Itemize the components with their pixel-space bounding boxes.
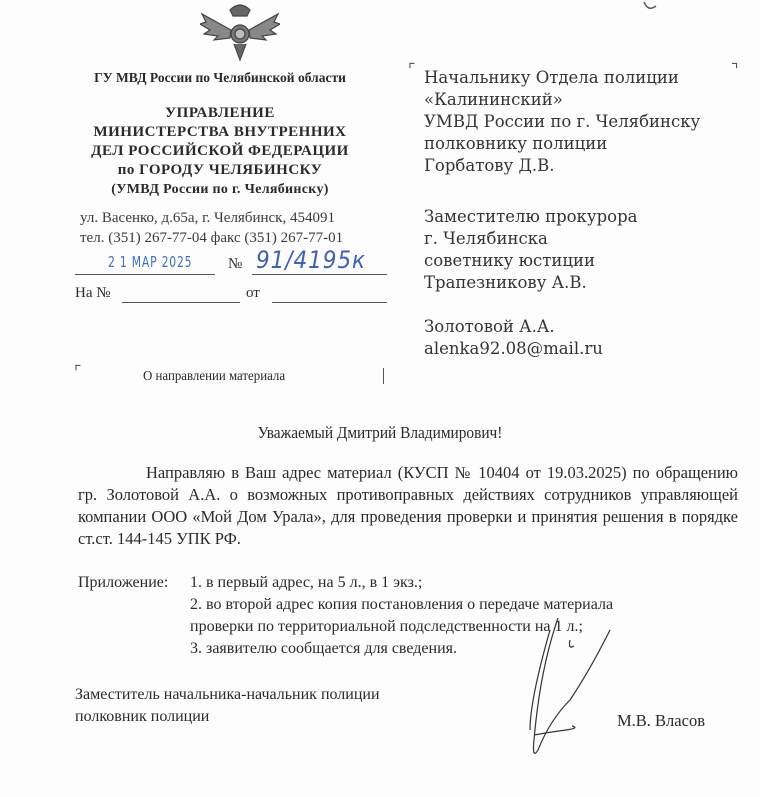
recipient-line: УМВД России по г. Челябинску [424, 111, 700, 133]
date-underline [75, 274, 215, 275]
recipient-line: г. Челябинска [424, 228, 637, 250]
reply-number-line [122, 302, 240, 303]
sender-phone-fax: тел. (351) 267-77-04 факс (351) 267-77-0… [80, 228, 343, 248]
recipient-line: полковнику полиции [424, 133, 700, 155]
outgoing-number: 91/4195к [256, 246, 366, 274]
letter-body: Направляю в Ваш адрес материал (КУСП № 1… [78, 462, 738, 550]
department-short-name: (УМВД России по г. Челябинску) [0, 180, 440, 199]
subject-bracket-left: ⌜ [74, 362, 82, 381]
greeting: Уважаемый Дмитрий Владимирович! [27, 423, 734, 443]
recipient-line: «Калининский» [424, 89, 700, 111]
number-label: № [228, 256, 242, 273]
reply-date-line [272, 302, 387, 303]
applicant-email: alenka92.08@mail.ru [424, 338, 603, 360]
signatory-rank: полковник полиции [75, 706, 380, 728]
number-underline [252, 274, 387, 275]
signatory-name: М.В. Власов [617, 711, 705, 731]
reply-from-label: от [246, 285, 260, 302]
mvd-emblem-icon [200, 0, 280, 62]
regional-office-name: ГУ МВД России по Челябинской области [0, 70, 440, 86]
recipient-line: Начальнику Отдела полиции [424, 67, 700, 89]
recipient-deputy-prosecutor: Заместителю прокурора г. Челябинска сове… [424, 206, 637, 294]
appendix-label: Приложение: [78, 572, 190, 594]
sender-address: ул. Васенко, д.65а, г. Челябинск, 454091 [80, 208, 343, 228]
signatory-position: Заместитель начальника-начальник полиции [75, 684, 380, 706]
department-line: ДЕЛ РОССИЙСКОЙ ФЕДЕРАЦИИ [0, 142, 440, 161]
subject-line: О направлении материала [143, 369, 285, 385]
recipient-line: Горбатову Д.В. [424, 155, 700, 177]
department-line: МИНИСТЕРСТВА ВНУТРЕННИХ [0, 123, 440, 142]
recipient-line: Трапезникову А.В. [424, 272, 637, 294]
sender-contacts: ул. Васенко, д.65а, г. Челябинск, 454091… [80, 208, 343, 248]
department-name-block: УПРАВЛЕНИЕ МИНИСТЕРСТВА ВНУТРЕННИХ ДЕЛ Р… [0, 104, 440, 199]
recipient-applicant: Золотовой А.А. alenka92.08@mail.ru [424, 316, 603, 360]
recipient-line: Заместителю прокурора [424, 206, 637, 228]
signatory-title: Заместитель начальника-начальник полиции… [75, 684, 380, 728]
recipient-bracket-left: ⌜ [408, 60, 416, 79]
date-stamp: 2 1 МАР 2025 [108, 253, 192, 271]
appendix-item: 1. в первый адрес, на 5 л., в 1 экз.; [190, 574, 422, 591]
recipient-bracket-right: ⌝ [731, 60, 739, 79]
recipient-line: Золотовой А.А. [424, 316, 603, 338]
handwritten-mark [640, 0, 670, 12]
handwritten-signature [510, 610, 630, 790]
recipient-police-chief: Начальнику Отдела полиции «Калининский» … [424, 67, 700, 177]
subject-bracket-right [383, 368, 384, 384]
recipient-line: советнику юстиции [424, 250, 637, 272]
department-line: УПРАВЛЕНИЕ [0, 104, 440, 123]
reply-to-label: На № [75, 285, 111, 302]
department-line: по ГОРОДУ ЧЕЛЯБИНСКУ [0, 161, 440, 180]
